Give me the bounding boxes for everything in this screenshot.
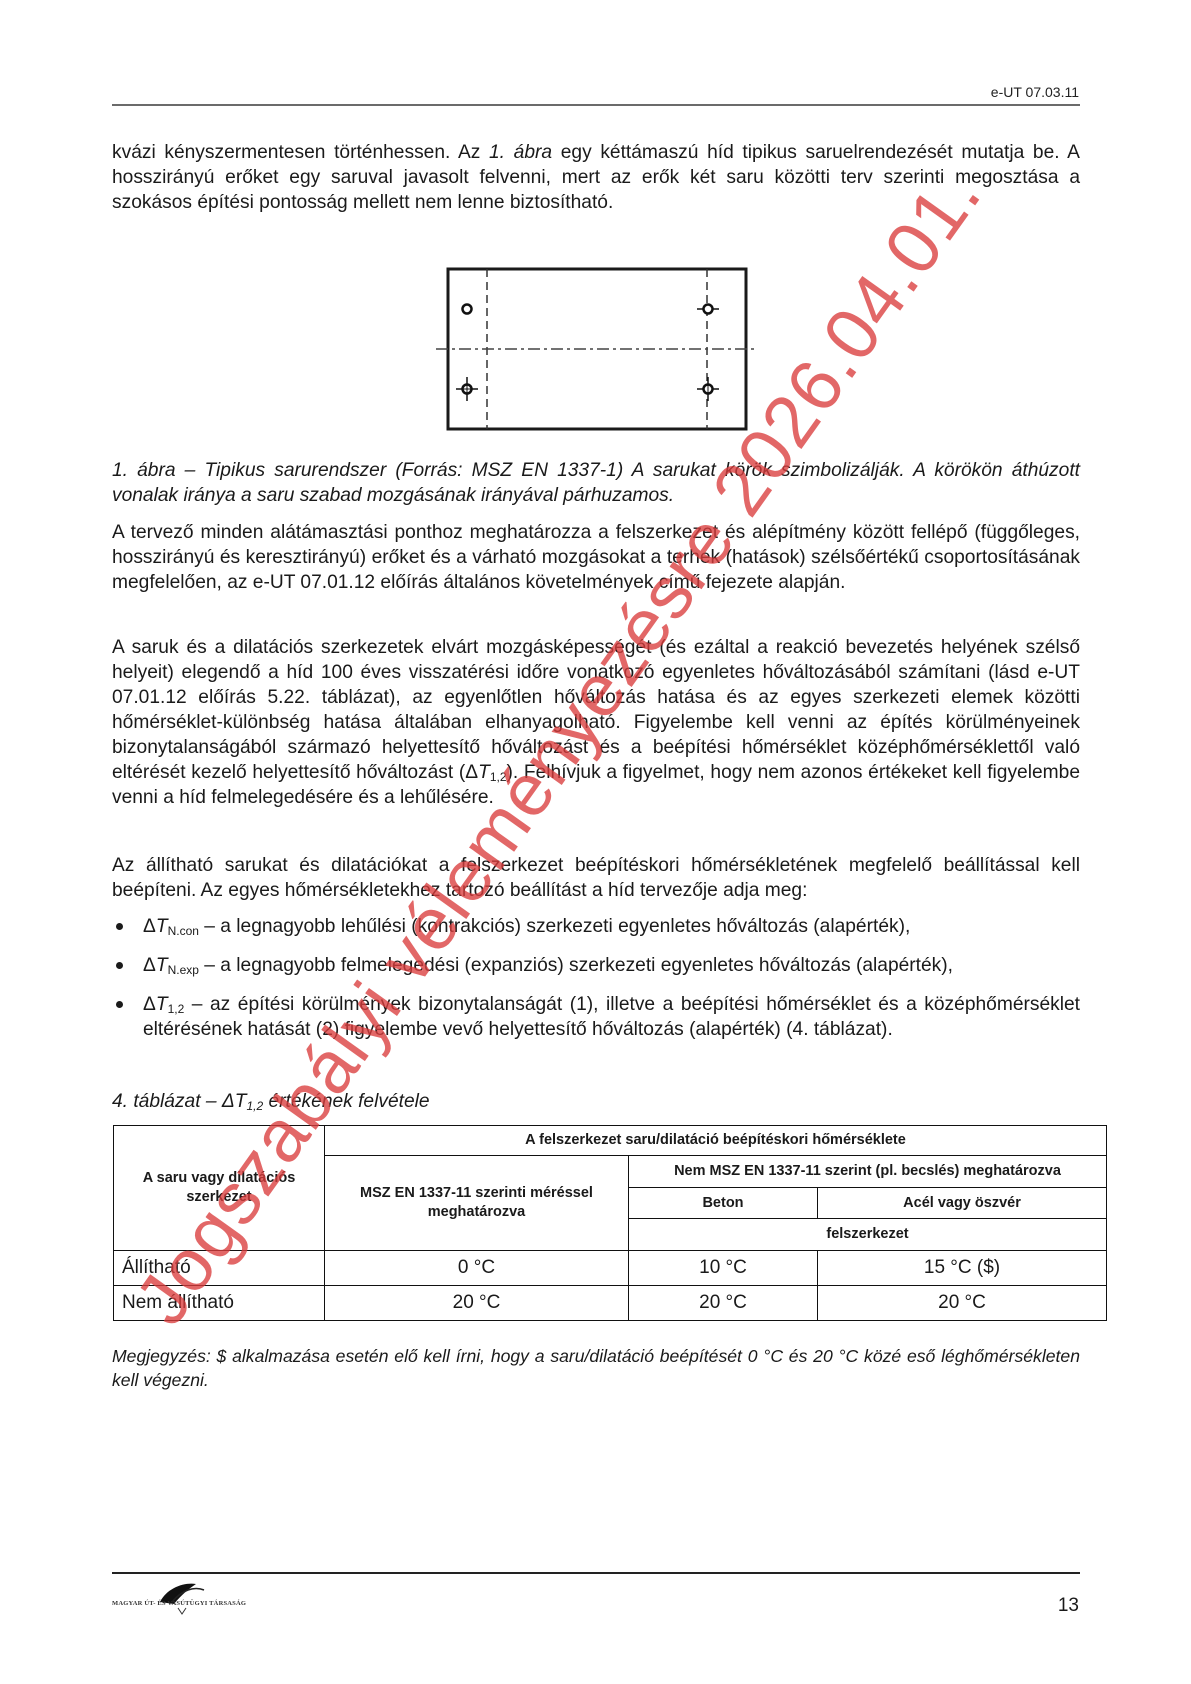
subscript: 1,2 [490, 770, 507, 784]
bearing-layout-figure [434, 267, 758, 432]
bullet-list: ΔTN.con – a legnagyobb lehűlési (kontrak… [112, 914, 1080, 1056]
list-item: ΔTN.con – a legnagyobb lehűlési (kontrak… [112, 914, 1080, 939]
document-id: e-UT 07.03.11 [991, 84, 1079, 100]
header-not-measured: Nem MSZ EN 1337-11 szerint (pl. becslés)… [629, 1156, 1107, 1188]
table-title: 4. táblázat – ΔT1,2 értékének felvétele [112, 1091, 430, 1113]
cell-concrete: 20 °C [629, 1286, 818, 1321]
list-item: ΔTN.exp – a legnagyobb felmelegedési (ex… [112, 953, 1080, 978]
text-run: 4. táblázat – ΔT [112, 1091, 246, 1112]
subscript: N.exp [168, 963, 199, 977]
bearing-guided-icon [697, 305, 719, 314]
header-group: A felszerkezet saru/dilatáció beépítésko… [325, 1126, 1107, 1156]
paragraph-intro: kvázi kényszermentesen történhessen. Az … [112, 140, 1080, 215]
delta-symbol: Δ [143, 955, 156, 976]
header-steel: Acél vagy öszvér [818, 1188, 1107, 1219]
t-symbol: T [156, 955, 168, 976]
text-run: kvázi kényszermentesen történhessen. Az [112, 142, 489, 163]
subscript: N.con [168, 924, 199, 938]
logo-text: MAGYAR ÚT- ÉS VASÚTÜGYI TÁRSASÁG [112, 1600, 246, 1607]
bearing-free-icon [463, 305, 472, 314]
paragraph-movements: A saruk és a dilatációs szerkezetek elvá… [112, 635, 1080, 810]
subscript: 1,2 [168, 1002, 185, 1016]
bullet-icon [116, 1001, 123, 1008]
header-rule [112, 104, 1080, 106]
bullet-icon [116, 962, 123, 969]
bearing-multi-directional-icon [697, 377, 719, 401]
delta-symbol: Δ [143, 916, 156, 937]
paragraph-forces: A tervező minden alátámasztási ponthoz m… [112, 520, 1080, 595]
cell-steel: 15 °C ($) [818, 1251, 1107, 1286]
table-row: Nem állítható 20 °C 20 °C 20 °C [114, 1286, 1107, 1321]
table-note: Megjegyzés: $ alkalmazása esetén elő kel… [112, 1344, 1080, 1392]
list-item: ΔT1,2 – az építési körülmények bizonytal… [112, 992, 1080, 1042]
t-symbol: T [156, 994, 168, 1015]
paragraph-adjustable: Az állítható sarukat és dilatációkat a f… [112, 853, 1080, 903]
footer-rule [112, 1572, 1080, 1574]
text-run: értékének felvétele [263, 1091, 429, 1112]
bearing-fixed-icon [456, 377, 478, 401]
subscript: 1,2 [246, 1099, 263, 1113]
document-page: e-UT 07.03.11 kvázi kényszermentesen tör… [0, 0, 1191, 1684]
cell-measured: 20 °C [325, 1286, 629, 1321]
header-superstructure: felszerkezet [629, 1219, 1107, 1251]
road-arc-icon [112, 1580, 262, 1616]
list-item-text: – a legnagyobb lehűlési (kontrakciós) sz… [199, 916, 910, 937]
cell-concrete: 10 °C [629, 1251, 818, 1286]
list-item-text: – az építési körülmények bizonytalanságá… [143, 994, 1080, 1040]
header-row-label: A saru vagy dilatációs szerkezet [114, 1126, 325, 1251]
header-measured: MSZ EN 1337-11 szerinti méréssel meghatá… [325, 1156, 629, 1251]
row-label: Állítható [114, 1251, 325, 1286]
cell-measured: 0 °C [325, 1251, 629, 1286]
table-row: Állítható 0 °C 10 °C 15 °C ($) [114, 1251, 1107, 1286]
temperature-table: A saru vagy dilatációs szerkezet A felsz… [113, 1125, 1107, 1321]
delta-symbol: Δ [143, 994, 156, 1015]
page-number: 13 [1058, 1595, 1079, 1617]
header-concrete: Beton [629, 1188, 818, 1219]
list-item-text: – a legnagyobb felmelegedési (expanziós)… [199, 955, 953, 976]
figure-caption: 1. ábra – Tipikus sarurendszer (Forrás: … [112, 458, 1080, 508]
bullet-icon [116, 923, 123, 930]
row-label: Nem állítható [114, 1286, 325, 1321]
society-logo: MAGYAR ÚT- ÉS VASÚTÜGYI TÁRSASÁG [112, 1580, 262, 1616]
t-symbol: T [156, 916, 168, 937]
figure-reference: 1. ábra [489, 142, 552, 163]
delta-t-symbol: ΔT1,2 [465, 762, 506, 783]
cell-steel: 20 °C [818, 1286, 1107, 1321]
